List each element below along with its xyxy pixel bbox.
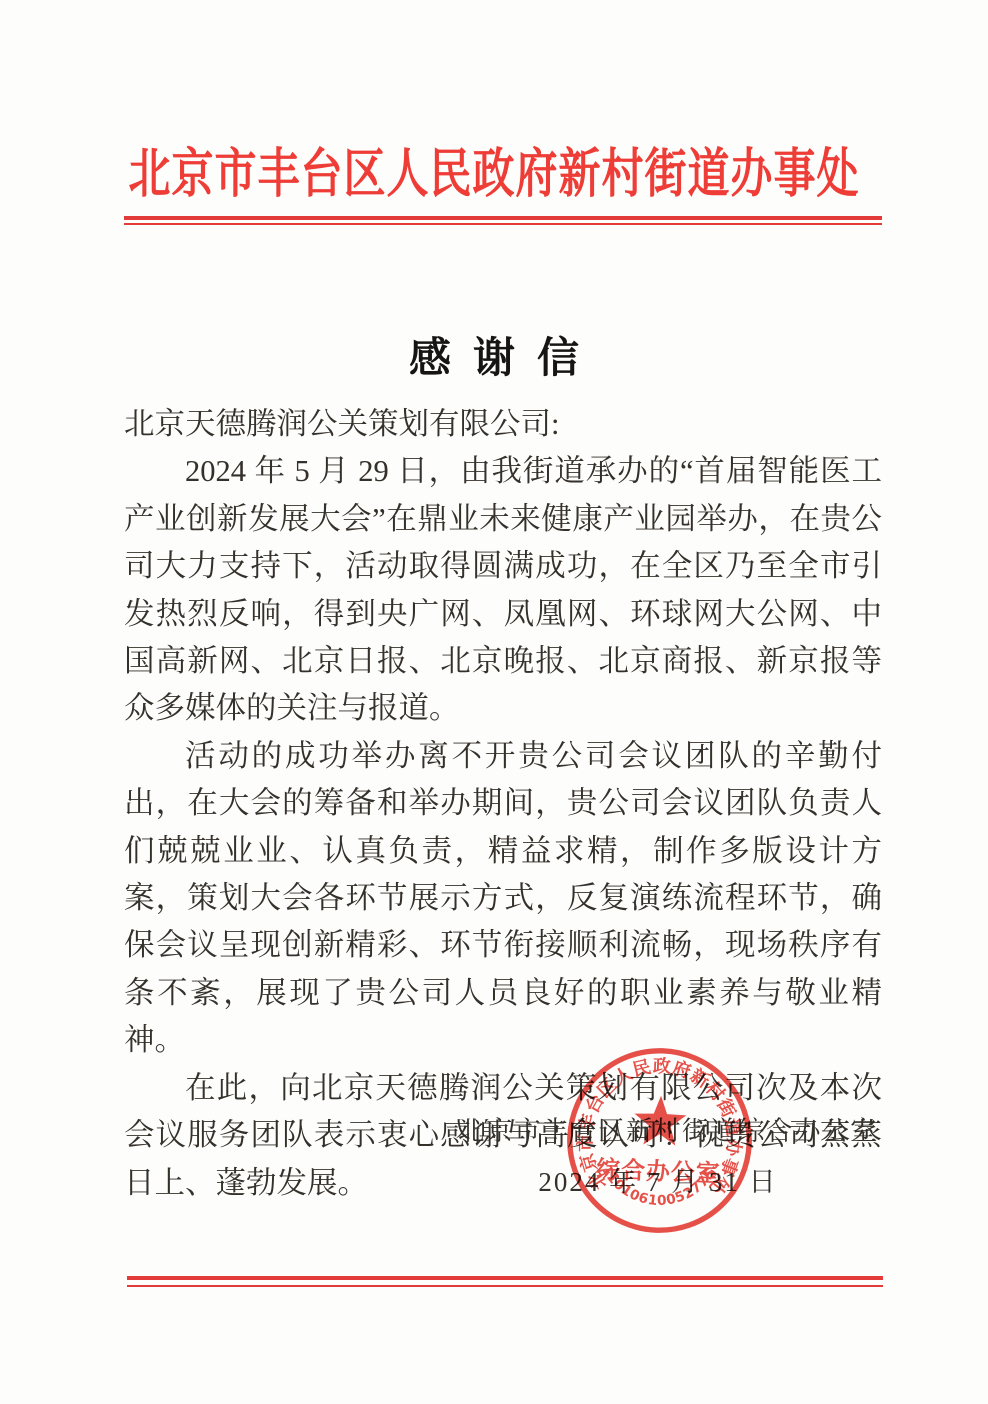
letter-page: 北京市丰台区人民政府新村街道办事处 感谢信 北京天德腾润公关策划有限公司: 20… xyxy=(0,0,988,1404)
header-divider xyxy=(124,216,882,225)
salutation: 北京天德腾润公关策划有限公司: xyxy=(124,401,882,448)
seal-star-icon xyxy=(633,1095,687,1146)
letter-body: 北京天德腾润公关策划有限公司: 2024 年 5 月 29 日，由我街道承办的“… xyxy=(124,401,882,1207)
footer-divider-thin-line xyxy=(127,1285,883,1287)
letterhead-title: 北京市丰台区人民政府新村街道办事处 xyxy=(0,132,988,208)
header-divider-thin-line xyxy=(124,223,882,225)
paragraph-1: 2024 年 5 月 29 日，由我街道承办的“首届智能医工产业创新发展大会”在… xyxy=(124,448,882,732)
paragraph-2: 活动的成功举办离不开贵公司会议团队的辛勤付出，在大会的筹备和举办期间，贵公司会议… xyxy=(124,733,882,1065)
official-seal: 北京市丰台区人民政府新村街道办事处 综合办公室 11010610052775 xyxy=(559,1040,761,1242)
footer-divider xyxy=(127,1276,883,1287)
document-title: 感谢信 xyxy=(0,325,988,385)
